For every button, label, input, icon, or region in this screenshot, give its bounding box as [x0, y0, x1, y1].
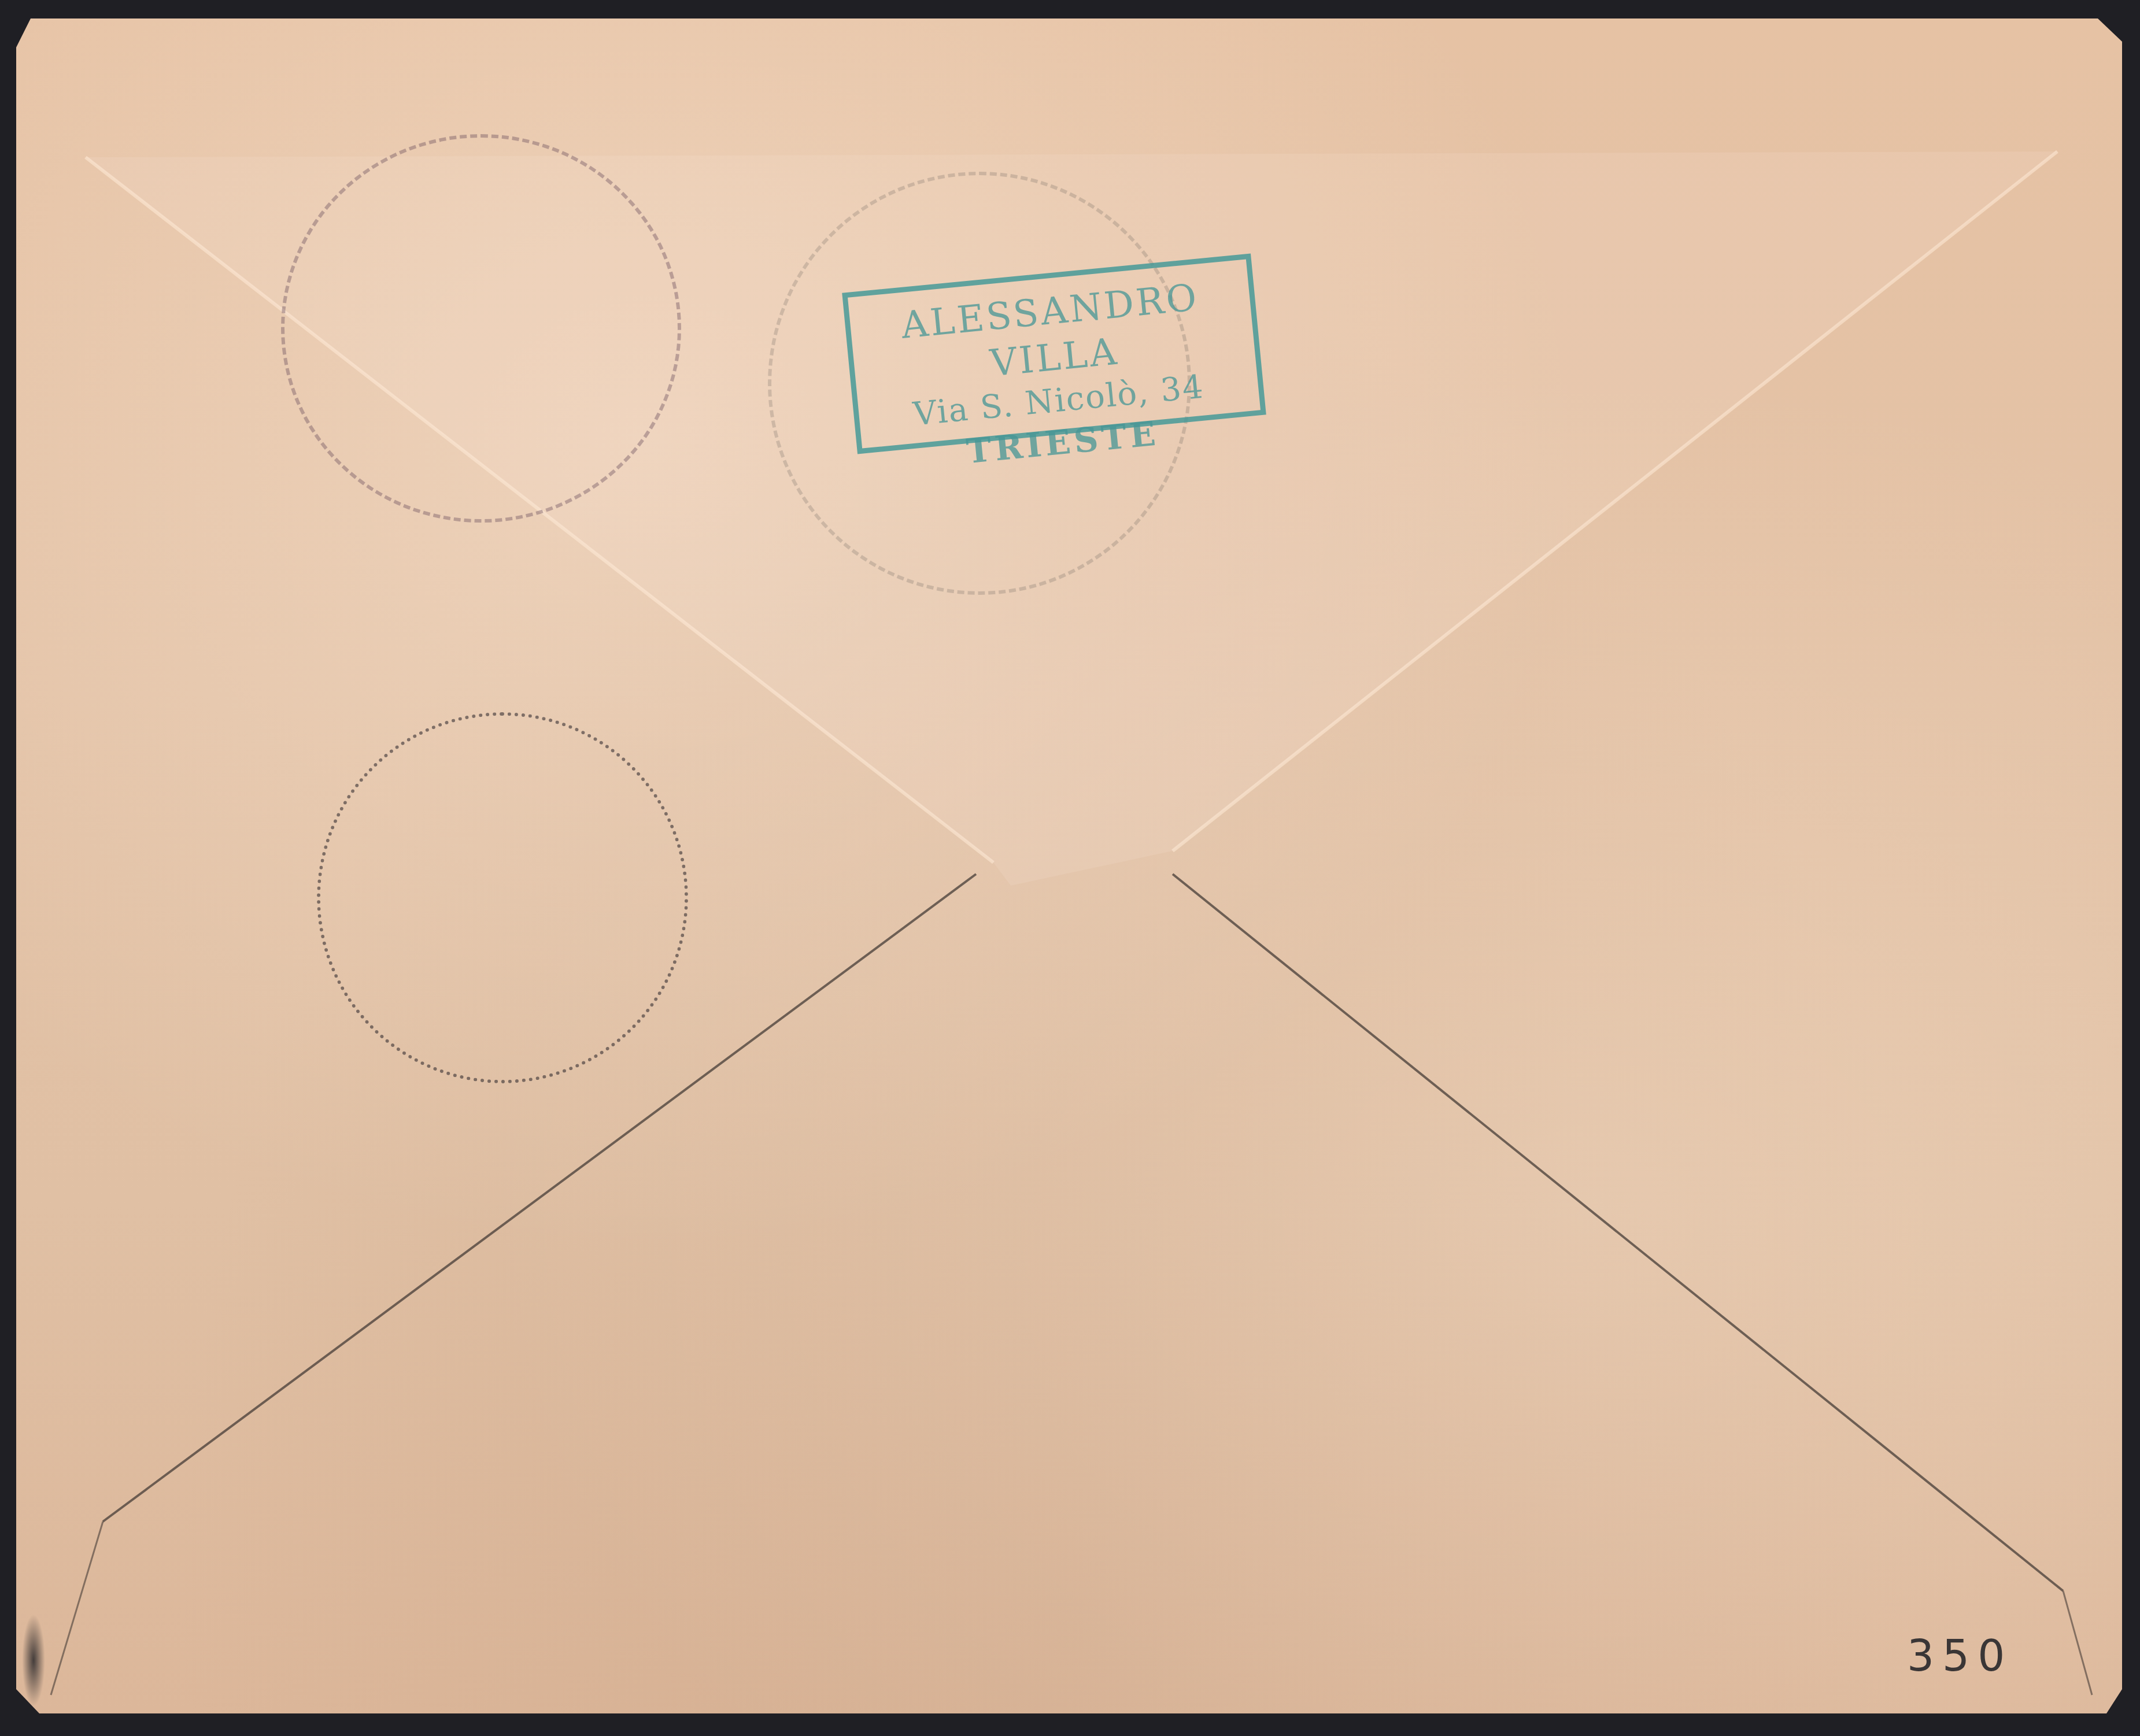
- envelope-back: ALESSANDRO VILLA Via S. Nicolò, 34 TRIES…: [16, 18, 2122, 1713]
- postmark-top-left: [281, 134, 681, 523]
- postmark-middle-left: [317, 712, 688, 1083]
- pencil-price-note: 350: [1907, 1631, 2013, 1681]
- ink-smudge: [22, 1614, 45, 1707]
